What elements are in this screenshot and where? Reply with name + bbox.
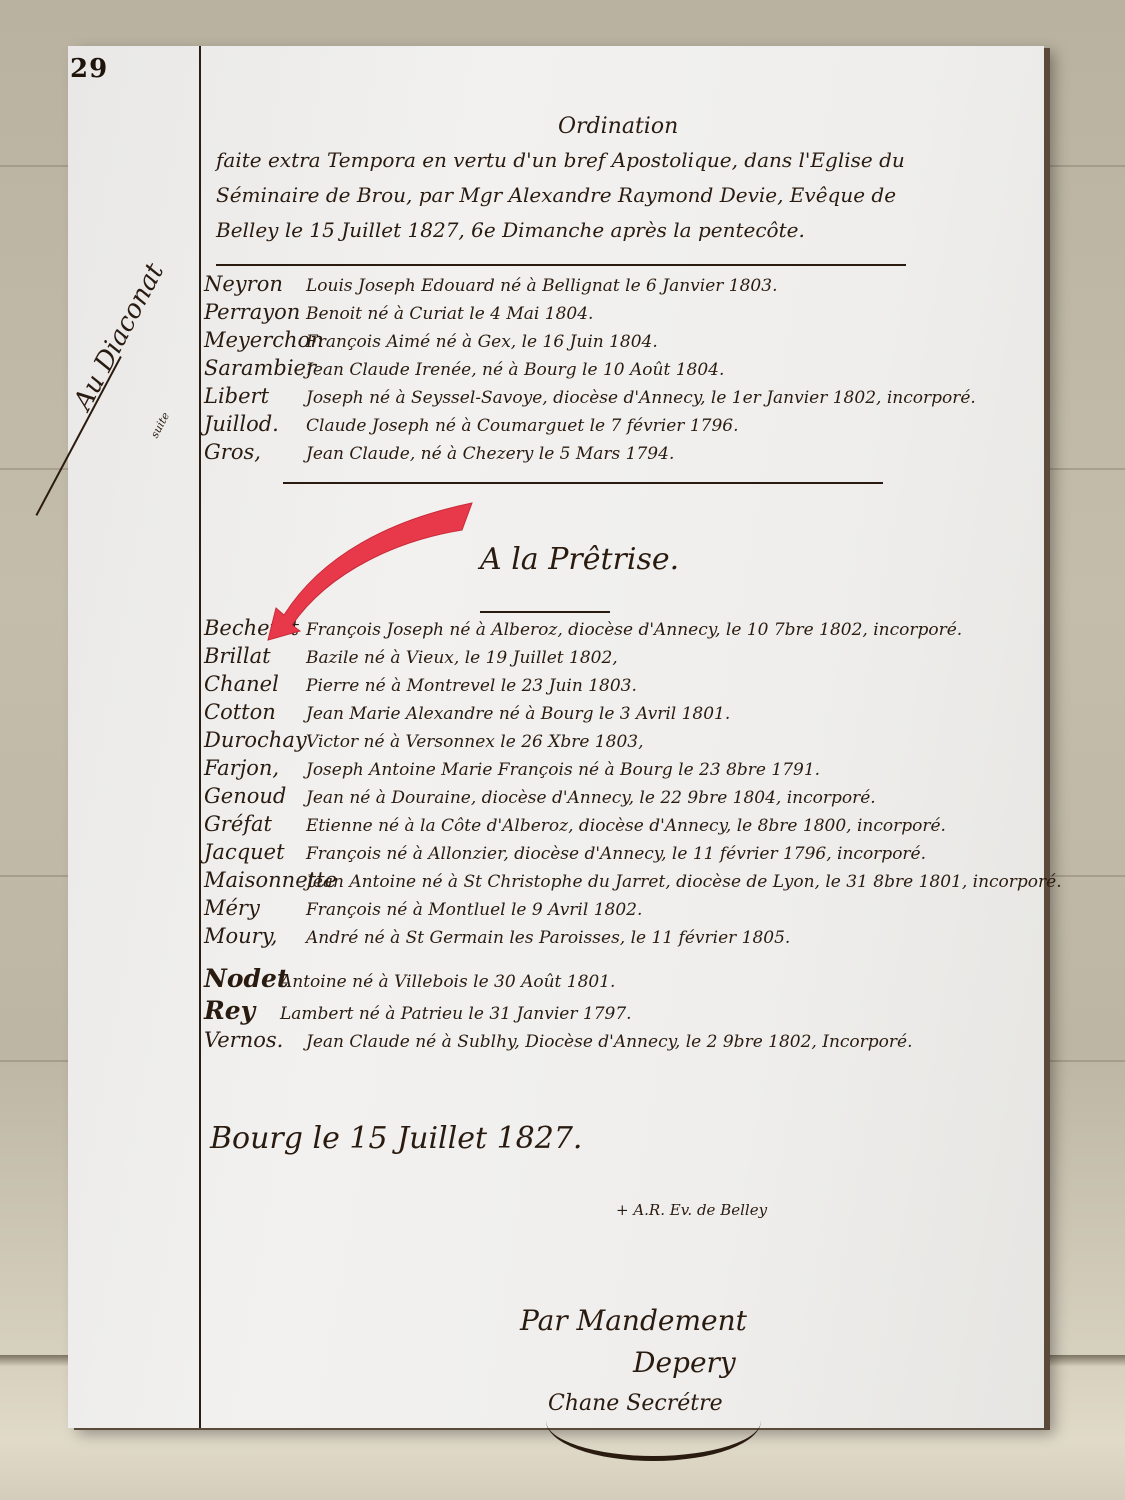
surname: Gros, — [204, 440, 300, 464]
entry: André né à St Germain les Paroisses, le … — [300, 928, 790, 948]
surname: Sarambier — [204, 356, 300, 380]
entry: Benoit né à Curiat le 4 Mai 1804. — [300, 304, 593, 324]
priesthood-row: Cotton Jean Marie Alexandre né à Bourg l… — [204, 700, 730, 726]
section-title-underline — [480, 611, 610, 613]
signature-name: Depery — [633, 1346, 736, 1379]
entry: Bazile né à Vieux, le 19 Juillet 1802, — [300, 648, 618, 668]
surname: Perrayon — [204, 300, 300, 324]
priesthood-row: Genoud Jean né à Douraine, diocèse d'Ann… — [204, 784, 876, 810]
surname: Brillat — [204, 644, 300, 668]
priesthood-additional-row: Rey Lambert né à Patrieu le 31 Janvier 1… — [204, 996, 632, 1022]
entry: Jean né à Douraine, diocèse d'Annecy, le… — [300, 788, 876, 808]
surname: Nodet — [204, 964, 274, 993]
surname: Juillod. — [204, 412, 300, 436]
entry: Jean Marie Alexandre né à Bourg le 3 Avr… — [300, 704, 730, 724]
diaconate-row: Perrayon Benoit né à Curiat le 4 Mai 180… — [204, 300, 593, 326]
surname: Vernos. — [204, 1028, 300, 1052]
entry: Claude Joseph né à Coumarguet le 7 févri… — [300, 416, 739, 436]
surname: Meyerchon — [204, 328, 300, 352]
signature-mandement: Par Mandement — [520, 1304, 747, 1337]
side-note-suite: suite — [148, 410, 172, 440]
entry: Antoine né à Villebois le 30 Août 1801. — [274, 972, 615, 992]
priesthood-row: Farjon, Joseph Antoine Marie François né… — [204, 756, 820, 782]
closing-date-line: Bourg le 15 Juillet 1827. — [210, 1121, 582, 1156]
priesthood-row: Brillat Bazile né à Vieux, le 19 Juillet… — [204, 644, 618, 670]
entry: François Aimé né à Gex, le 16 Juin 1804. — [300, 332, 658, 352]
diaconate-row: Sarambier Jean Claude Irenée, né à Bourg… — [204, 356, 724, 382]
surname: Neyron — [204, 272, 300, 296]
priesthood-row-highlighted: Chanel Pierre né à Montrevel le 23 Juin … — [204, 672, 637, 698]
entry: Lambert né à Patrieu le 31 Janvier 1797. — [274, 1004, 632, 1024]
priesthood-additional-row: Vernos. Jean Claude né à Sublhy, Diocèse… — [204, 1028, 912, 1054]
surname: Maisonnette — [204, 868, 300, 892]
entry: François Joseph né à Alberoz, diocèse d'… — [300, 620, 962, 640]
diaconate-row: Meyerchon François Aimé né à Gex, le 16 … — [204, 328, 658, 354]
surname: Libert — [204, 384, 300, 408]
document-page: 29 Au Diaconat suite Ordination faite ex… — [68, 46, 1044, 1428]
surname: Gréfat — [204, 812, 300, 836]
entry: Etienne né à la Côte d'Alberoz, diocèse … — [300, 816, 946, 836]
priesthood-row: Durochay Victor né à Versonnex le 26 Xbr… — [204, 728, 643, 754]
surname: Moury, — [204, 924, 300, 948]
surname: Genoud — [204, 784, 300, 808]
entry: Jean Antoine né à St Christophe du Jarre… — [300, 872, 1062, 892]
diaconate-row: Juillod. Claude Joseph né à Coumarguet l… — [204, 412, 739, 438]
section-title-pretrise: A la Prêtrise. — [480, 542, 679, 577]
header-divider — [216, 264, 906, 266]
entry: Pierre né à Montrevel le 23 Juin 1803. — [300, 676, 637, 696]
entry: Victor né à Versonnex le 26 Xbre 1803, — [300, 732, 643, 752]
entry: François né à Montluel le 9 Avril 1802. — [300, 900, 642, 920]
header-line-1: faite extra Tempora en vertu d'un bref A… — [216, 148, 905, 172]
priesthood-row: Maisonnette Jean Antoine né à St Christo… — [204, 868, 1062, 894]
diaconate-row: Neyron Louis Joseph Edouard né à Bellign… — [204, 272, 777, 298]
entry: Louis Joseph Edouard né à Bellignat le 6… — [300, 276, 777, 296]
entry: Jean Claude Irenée, né à Bourg le 10 Aoû… — [300, 360, 724, 380]
diaconate-row: Libert Joseph né à Seyssel-Savoye, diocè… — [204, 384, 976, 410]
entry: Joseph Antoine Marie François né à Bourg… — [300, 760, 820, 780]
priesthood-row: Jacquet François né à Allonzier, diocèse… — [204, 840, 926, 866]
entry: Jean Claude, né à Chezery le 5 Mars 1794… — [300, 444, 674, 464]
entry: Jean Claude né à Sublhy, Diocèse d'Annec… — [300, 1032, 912, 1052]
surname: Chanel — [204, 672, 300, 696]
priesthood-row: Méry François né à Montluel le 9 Avril 1… — [204, 896, 642, 922]
surname: Durochay — [204, 728, 300, 752]
priesthood-additional-row: Nodet Antoine né à Villebois le 30 Août … — [204, 964, 615, 990]
priesthood-row: Moury, André né à St Germain les Paroiss… — [204, 924, 790, 950]
surname: Cotton — [204, 700, 300, 724]
surname: Farjon, — [204, 756, 300, 780]
priesthood-row: Bechetet François Joseph né à Alberoz, d… — [204, 616, 962, 642]
side-note-diaconat: Au Diaconat — [68, 259, 170, 416]
header-line-3: Belley le 15 Juillet 1827, 6e Dimanche a… — [216, 218, 805, 242]
bishop-initials: + A.R. Ev. de Belley — [616, 1201, 767, 1219]
surname: Rey — [204, 996, 274, 1025]
page-number: 29 — [70, 54, 108, 84]
entry: François né à Allonzier, diocèse d'Annec… — [300, 844, 926, 864]
margin-rule — [199, 46, 201, 1428]
document-title: Ordination — [558, 114, 678, 139]
priesthood-row: Gréfat Etienne né à la Côte d'Alberoz, d… — [204, 812, 946, 838]
header-line-2: Séminaire de Brou, par Mgr Alexandre Ray… — [216, 183, 896, 207]
diaconate-divider — [283, 482, 883, 484]
surname: Méry — [204, 896, 300, 920]
entry: Joseph né à Seyssel-Savoye, diocèse d'An… — [300, 388, 976, 408]
surname: Jacquet — [204, 840, 300, 864]
diaconate-row: Gros, Jean Claude, né à Chezery le 5 Mar… — [204, 440, 674, 466]
surname: Bechetet — [204, 616, 300, 640]
